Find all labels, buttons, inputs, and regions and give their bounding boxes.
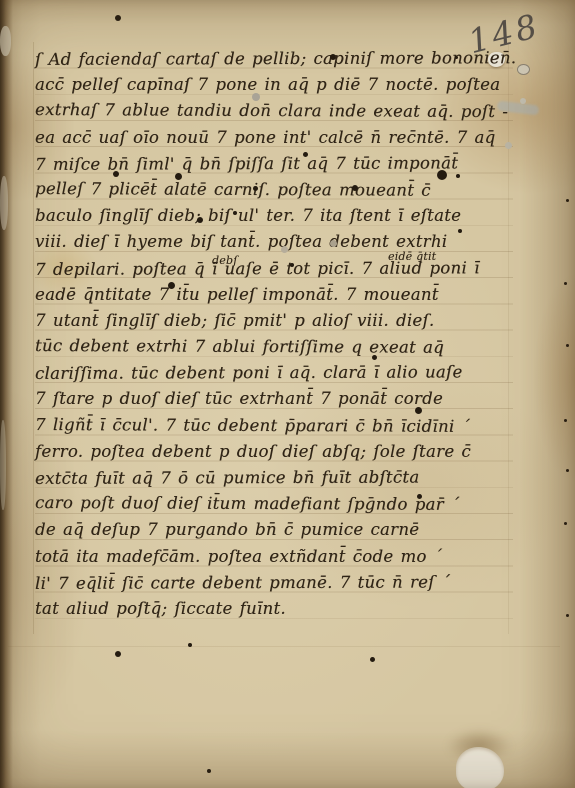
manuscript-line: caro poſt duoſ dieſ it̄um madefiant ſpḡn… [35, 490, 513, 518]
manuscript-line: ferro. poſtea debent p duoſ dieſ abſq; ſ… [35, 439, 513, 465]
manuscript-line: 7 utant̄ ſinglīſ dieb; ſic̄ pmit' p alio… [35, 308, 513, 334]
manuscript-line: viii. dieſ ī hyeme biſ tant̄. poſtea deb… [35, 229, 513, 255]
manuscript-line: tūc debent extrhi 7 ablui fortiſſime q e… [35, 333, 513, 361]
interlinear-gloss: debſ [212, 254, 237, 267]
wormhole-dot [566, 614, 569, 617]
manuscript-line: baculo ſinglīſ dieb; biſ ul' ter. 7 ita … [35, 203, 513, 229]
interlinear-gloss: eidē q̄tit [388, 250, 436, 263]
wormhole-dot [564, 419, 567, 422]
wormhole-dot [207, 769, 211, 773]
manuscript-line: ea acc̄ uaſ oīo nouū 7 pone int' calcē n… [35, 125, 513, 151]
page-binding-edge [0, 0, 13, 788]
manuscript-line: 7 ligñt̄ ī c̄cul'. 7 tūc debent p̄parari… [35, 412, 513, 440]
manuscript-line: li' 7 eq̄lit̄ ſic̄ carte debent pmanē. 7… [35, 569, 513, 597]
wormhole-dot [564, 522, 567, 525]
wormhole-dot [370, 657, 375, 662]
wormhole-dot [566, 199, 569, 202]
manuscript-line: ſ Ad faciendaſ cartaſ de pellib; capiniſ… [35, 45, 513, 73]
manuscript-page: 148 ſ Ad faciendaſ cartaſ de pellib; cap… [0, 0, 575, 788]
manuscript-line: clariſſima. tūc debent poni ī aq̄. clarā… [35, 359, 513, 387]
parchment-hole-ring [517, 64, 530, 75]
wormhole-dot [564, 282, 567, 285]
manuscript-line: de aq̄ deſup 7 purgando bn̄ c̄ pumice ca… [35, 517, 513, 543]
manuscript-line: 7 depilari. poſtea q̄ ī uaſe ē tot picī.… [35, 255, 513, 283]
manuscript-line: totā ita madefc̄ām. poſtea extñdant̄ c̄o… [35, 544, 513, 570]
text-block: ſ Ad faciendaſ cartaſ de pellib; capiniſ… [35, 46, 513, 622]
manuscript-line: acc̄ pelleſ capīnaſ 7 pone in aq̄ p diē … [35, 72, 513, 98]
edge-tear-highlight [0, 420, 6, 510]
wormhole-dot [566, 344, 569, 347]
manuscript-line: eadē q̄ntitate 7 it̄u pelleſ imponāt̄. 7… [35, 282, 513, 308]
edge-tear-highlight [0, 26, 11, 56]
ruling-line-vertical-left [33, 42, 34, 634]
manuscript-line: extc̄ta fuīt aq̄ 7 ō cū pumice bn̄ fuīt … [35, 464, 513, 492]
manuscript-line: 7 ſtare p duoſ dieſ tūc extrhant̄ 7 ponā… [35, 386, 513, 412]
manuscript-line: pelleſ 7 plicēt̄ alatē carniſ. poſtea mo… [35, 176, 513, 204]
manuscript-line: extrhaſ 7 ablue tandiu don̄ clara inde e… [35, 97, 513, 125]
wormhole-dot [115, 651, 121, 657]
wormhole-dot [115, 15, 121, 21]
ruling-line-horizontal [8, 646, 560, 647]
manuscript-line: 7 miſce bn̄ ſiml' q̄ bn̄ ſpiſſa ſit aq̄ … [35, 150, 513, 178]
edge-tear-highlight [0, 176, 8, 230]
manuscript-line: tat aliud poſtq̄; ſiccate fuīnt. [35, 596, 513, 622]
wormhole-dot [566, 469, 569, 472]
